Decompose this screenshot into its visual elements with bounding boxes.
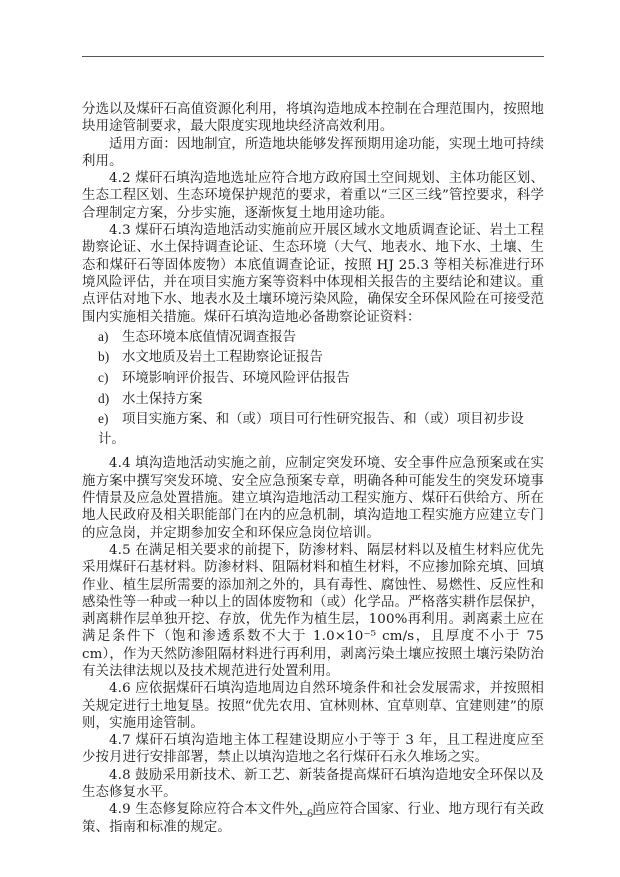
list-marker: a): [98, 327, 122, 347]
clause-4-5: 4.5 在满足相关要求的前提下，防渗材料、隔层材料以及植生材料应优先采用煤矸石基…: [82, 542, 544, 680]
list-marker: d): [98, 389, 122, 409]
clause-4-8: 4.8 鼓励采用新技术、新工艺、新装备提高煤矸石填沟造地安全环保以及生态修复水平…: [82, 767, 544, 802]
clause-4-2: 4.2 煤矸石填沟造地选址应符合地方政府国土空间规划、主体功能区划、生态工程区划…: [82, 170, 544, 222]
header-rule: [82, 56, 544, 57]
list-item: c)环境影响评价报告、环境风险评估报告: [82, 368, 544, 389]
paragraph-applicability: 适用方面：因地制宜，所造地块能够发挥预期用途功能，实现土地可持续利用。: [82, 136, 544, 171]
paragraph-continuation: 分选以及煤矸石高值资源化利用，将填沟造地成本控制在合理范围内，按照地块用途管制要…: [82, 101, 544, 136]
list-item-text: 水土保持方案: [122, 392, 202, 407]
list-item-text: 生态环境本底值情况调查报告: [122, 330, 296, 345]
list-marker: b): [98, 347, 122, 367]
list-item: a)生态环境本底值情况调查报告: [82, 327, 544, 348]
clause-4-6: 4.6 应依据煤矸石填沟造地周边自然环境条件和社会发展需求，并按照相关规定进行土…: [82, 680, 544, 732]
page-number: —6—: [0, 806, 620, 821]
clause-4-3: 4.3 煤矸石填沟造地活动实施前应开展区域水文地质调查论证、岩土工程勘察论证、水…: [82, 222, 544, 326]
list-item: d)水土保持方案: [82, 389, 544, 410]
document-body: 分选以及煤矸石高值资源化利用，将填沟造地成本控制在合理范围内，按照地块用途管制要…: [82, 101, 544, 836]
list-item-text: 水文地质及岩土工程勘察论证报告: [122, 350, 323, 365]
list-item-text: 项目实施方案、和（或）项目可行性研究报告、和（或）项目初步设计。: [98, 412, 524, 447]
list-marker: c): [98, 368, 122, 388]
clause-4-4: 4.4 填沟造地活动实施之前，应制定突发环境、安全事件应急预案或在实施方案中撰写…: [82, 455, 544, 541]
clause-4-7: 4.7 煤矸石填沟造地主体工程建设期应小于等于 3 年，且工程进度应至少按月进行…: [82, 732, 544, 767]
list-item: e)项目实施方案、和（或）项目可行性研究报告、和（或）项目初步设计。: [82, 409, 544, 449]
list-item: b)水文地质及岩土工程勘察论证报告: [82, 347, 544, 368]
list-marker: e): [98, 409, 122, 429]
required-documents-list: a)生态环境本底值情况调查报告 b)水文地质及岩土工程勘察论证报告 c)环境影响…: [82, 327, 544, 450]
list-item-text: 环境影响评价报告、环境风险评估报告: [122, 371, 350, 386]
